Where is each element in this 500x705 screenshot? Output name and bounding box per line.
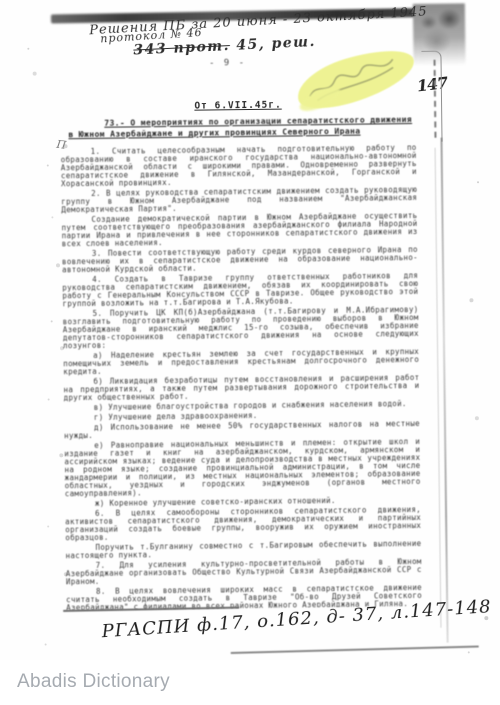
underline-rule-right <box>231 646 479 654</box>
document-paragraph: 3. Повести соответствующую работу среди … <box>62 246 418 274</box>
document-paragraph: б) Ликвидация безработицы путем восстано… <box>63 374 419 402</box>
page-border-right-line-faint <box>435 148 442 628</box>
document-body: 1. Считать целесообразным начать подгото… <box>61 144 423 610</box>
document-paragraph: е) Равноправие национальных меньшинств и… <box>64 438 421 498</box>
document-paragraph: 5. Поручить ЦК КП(б)Азербайджана (т.т.Ба… <box>63 306 419 350</box>
document-paragraph: 2. В целях руководства сепаратистским дв… <box>61 186 417 214</box>
document-paragraph: 6. В целях самообороны сторонников сепар… <box>65 506 421 542</box>
document-scan-image: Решения ПБ за 20 июня - 23 октября 1945 … <box>0 0 500 660</box>
handwritten-struck-text: 343 прот. <box>133 38 230 59</box>
site-watermark: Abadis Dictionary <box>17 671 170 693</box>
document-paragraph: 4. Создать в Тавризе группу ответственны… <box>62 272 418 308</box>
document-paragraph: 1. Считать целесообразным начать подгото… <box>61 144 417 188</box>
page-border-right-line <box>440 138 448 643</box>
typed-page-number: - 9 - <box>197 58 257 69</box>
document-paragraph: 7. Для усиления культурно-просветительно… <box>66 558 422 586</box>
scan-tilt-wrapper: Решения ПБ за 20 июня - 23 октября 1945 … <box>0 0 500 660</box>
document-date-heading: От 6.VII.45г. <box>60 98 416 113</box>
document-paragraph: Создание демократической партии в Южном … <box>61 212 417 248</box>
document-paragraph: а) Наделение крестьян землею за счет гос… <box>63 348 419 376</box>
page: Решения ПБ за 20 июня - 23 октября 1945 … <box>0 0 500 705</box>
handwritten-note-3-rest: 45, реш. <box>236 34 316 54</box>
document-title: 73.- О мероприятиях по организации сепар… <box>60 114 420 140</box>
page-border-corner <box>421 51 442 142</box>
